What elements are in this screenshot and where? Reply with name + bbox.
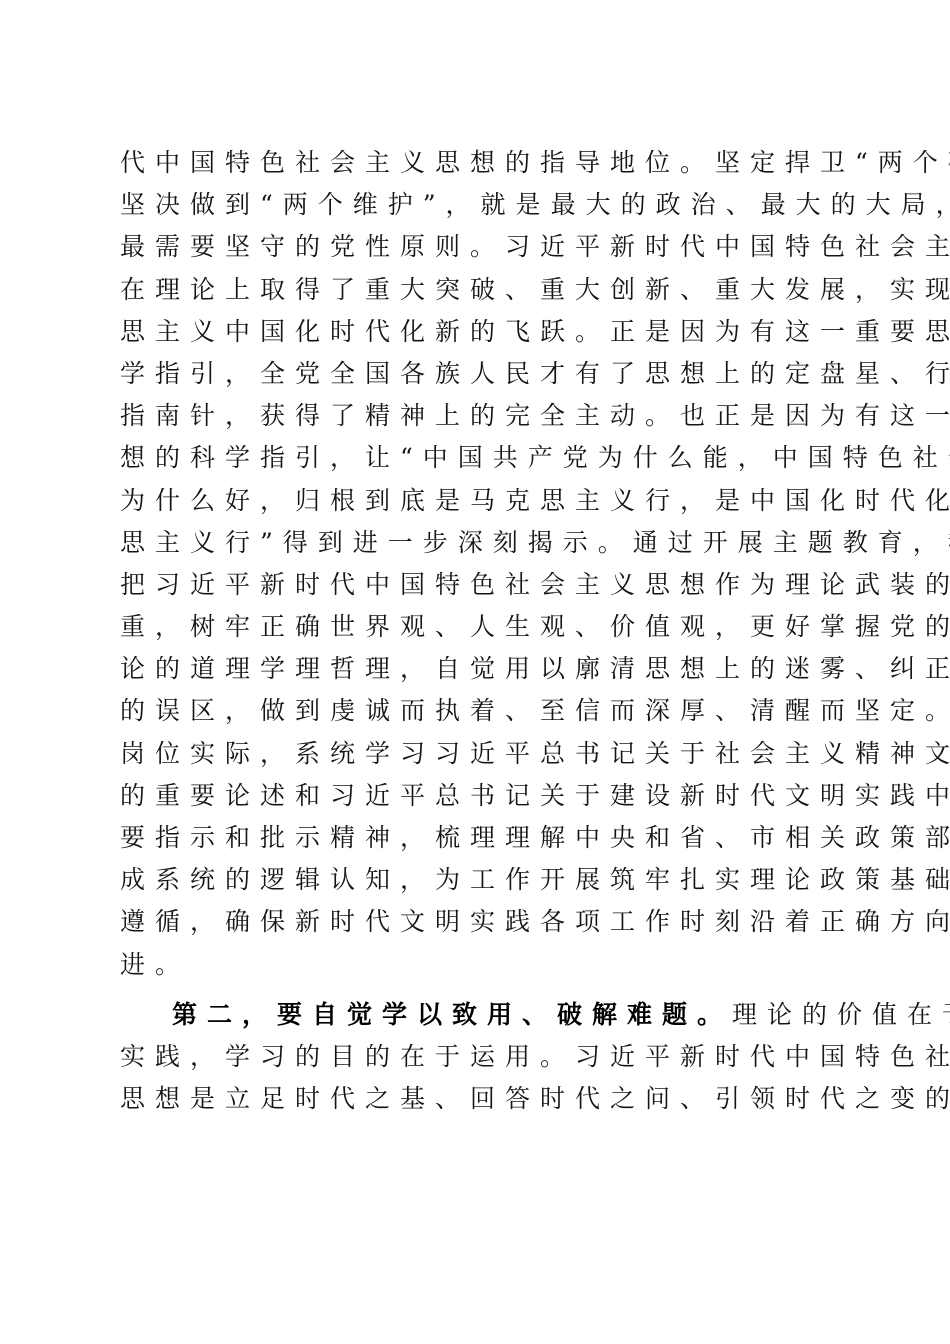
text-line: 成系统的逻辑认知，为工作开展筑牢扎实理论政策基础和方法 bbox=[120, 859, 855, 901]
text-line: 学指引，全党全国各族人民才有了思想上的定盘星、行动上的 bbox=[120, 353, 855, 395]
section-lead-heading: 第二，要自觉学以致用、破解难题。 bbox=[172, 1000, 732, 1029]
text-line: 的重要论述和习近平总书记关于建设新时代文明实践中心的重 bbox=[120, 775, 855, 817]
text-line: 遵循，确保新时代文明实践各项工作时刻沿着正确方向有效推 bbox=[120, 901, 855, 943]
text-run: 理论的价值在于指导 bbox=[732, 1000, 950, 1029]
text-line: 想的科学指引，让“中国共产党为什么能，中国特色社会主义 bbox=[120, 437, 855, 479]
paragraph-spacing bbox=[120, 986, 855, 994]
text-line: 代中国特色社会主义思想的指导地位。坚定捍卫“两个确立”、 bbox=[120, 142, 855, 184]
text-line: 思主义行”得到进一步深刻揭示。通过开展主题教育，我们要 bbox=[120, 522, 855, 564]
text-line: 进。 bbox=[120, 944, 855, 986]
text-line: 最需要坚守的党性原则。习近平新时代中国特色社会主义思想 bbox=[120, 226, 855, 268]
text-line: 坚决做到“两个维护”，就是最大的政治、最大的大局，就是 bbox=[120, 184, 855, 226]
text-line: 要指示和批示精神，梳理理解中央和省、市相关政策部署，形 bbox=[120, 817, 855, 859]
text-line: 岗位实际，系统学习习近平总书记关于社会主义精神文明建设 bbox=[120, 733, 855, 775]
document-page: 代中国特色社会主义思想的指导地位。坚定捍卫“两个确立”、 坚决做到“两个维护”，… bbox=[0, 0, 950, 1344]
text-line-first: 第二，要自觉学以致用、破解难题。理论的价值在于指导 bbox=[120, 994, 855, 1036]
text-line: 实践，学习的目的在于运用。习近平新时代中国特色社会主义 bbox=[120, 1036, 855, 1078]
text-line: 为什么好，归根到底是马克思主义行，是中国化时代化的马克 bbox=[120, 480, 855, 522]
text-line: 思主义中国化时代化新的飞跃。正是因为有这一重要思想的科 bbox=[120, 311, 855, 353]
document-body: 代中国特色社会主义思想的指导地位。坚定捍卫“两个确立”、 坚决做到“两个维护”，… bbox=[120, 142, 855, 1120]
text-line: 重，树牢正确世界观、人生观、价值观，更好掌握党的创新理 bbox=[120, 606, 855, 648]
text-line: 思想是立足时代之基、回答时代之问、引领时代之变的科学理 bbox=[120, 1078, 855, 1120]
text-line: 把习近平新时代中国特色社会主义思想作为理论武装的重中之 bbox=[120, 564, 855, 606]
paragraph-2: 第二，要自觉学以致用、破解难题。理论的价值在于指导 实践，学习的目的在于运用。习… bbox=[120, 994, 855, 1121]
paragraph-1: 代中国特色社会主义思想的指导地位。坚定捍卫“两个确立”、 坚决做到“两个维护”，… bbox=[120, 142, 855, 986]
text-line: 指南针，获得了精神上的完全主动。也正是因为有这一重要思 bbox=[120, 395, 855, 437]
text-line: 的误区，做到虔诚而执着、至信而深厚、清醒而坚定。要结合 bbox=[120, 690, 855, 732]
text-line: 论的道理学理哲理，自觉用以廓清思想上的迷雾、纠正认识上 bbox=[120, 648, 855, 690]
text-line: 在理论上取得了重大突破、重大创新、重大发展，实现了马克 bbox=[120, 269, 855, 311]
